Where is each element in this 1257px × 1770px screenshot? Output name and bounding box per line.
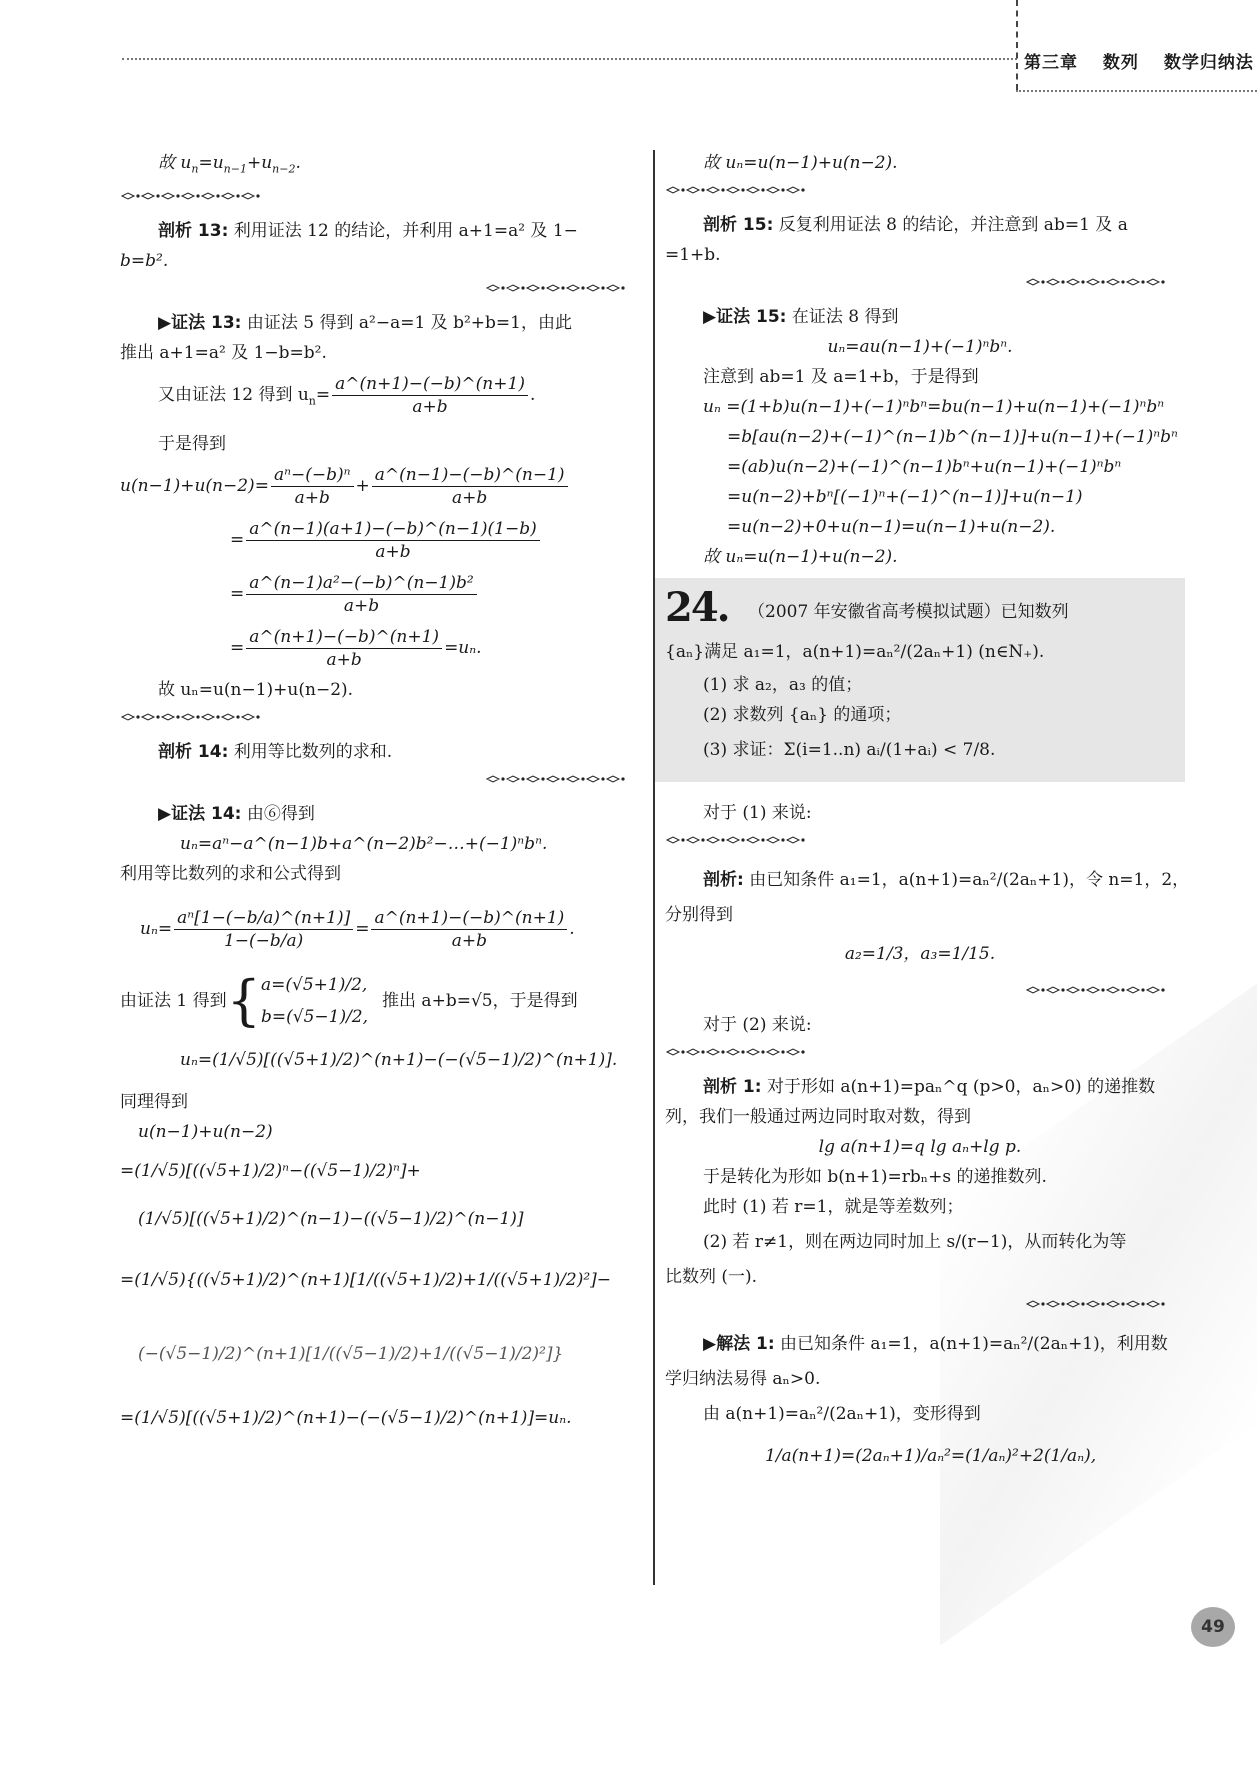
equation-step: =a^(n−1)(a+1)−(−b)^(n−1)(1−b)a+b [120, 513, 635, 567]
recurrence: uₙ=au(n−1)+(−1)ⁿbⁿ. [665, 332, 1175, 362]
equation-step: =u(n−2)+0+u(n−1)=u(n−1)+u(n−2). [665, 512, 1175, 542]
analysis-15-cont: =1+b. [665, 240, 1175, 270]
proof-15: ▶证法 15: 在证法 8 得到 [665, 302, 1175, 332]
case-2-cont: 比数列 (一). [665, 1262, 1175, 1292]
sum-lhs: u(n−1)+u(n−2) [120, 1117, 635, 1147]
proof-13: ▶证法 13: 由证法 5 得到 a²−a=1 及 b²+b=1，由此 [120, 308, 635, 338]
problem-24-box: 24. （2007 年安徽省高考模拟试题）已知数列 {aₙ}满足 a₁=1，a(… [655, 578, 1185, 782]
analysis-14: 剖析 14: 利用等比数列的求和. [120, 737, 635, 767]
left-brace: { [227, 985, 261, 1017]
column-divider [653, 150, 655, 1585]
q1-result: a₂=1/3，a₃=1/15. [665, 930, 1175, 978]
similarly-label: 同理得到 [120, 1087, 635, 1117]
note: 注意到 ab=1 及 a=1+b，于是得到 [665, 362, 1175, 392]
header-vertical-rule [1016, 0, 1018, 90]
equation-step: =(1/√5)[((√5+1)/2)^(n+1)−(−(√5−1)/2)^(n+… [120, 1391, 635, 1445]
proof-13-cont: 推出 a+1=a² 及 1−b=b². [120, 338, 635, 368]
running-header: 第三章 数列 数学归纳法 [1024, 48, 1254, 73]
equation-step: =u(n−2)+bⁿ[(−1)ⁿ+(−1)^(n−1)]+u(n−1) [665, 482, 1175, 512]
transform-note: 于是转化为形如 b(n+1)=rbₙ+s 的递推数列. [665, 1162, 1175, 1192]
for-question-2: 对于 (2) 来说: [665, 1010, 1175, 1040]
series-expansion: uₙ=aⁿ−a^(n−1)b+a^(n−2)b²−…+(−1)ⁿbⁿ. [120, 829, 635, 859]
equation-chain: u(n−1)+u(n−2)=aⁿ−(−b)ⁿa+b+a^(n−1)−(−b)^(… [120, 459, 635, 513]
conclusion: 故 un=un−1+un−2. [120, 148, 635, 184]
equation-step: =a^(n−1)a²−(−b)^(n−1)b²a+b [120, 567, 635, 621]
analysis-1-cont: 列，我们一般通过两边同时取对数，得到 [665, 1102, 1175, 1132]
solution-1-cont: 学归纳法易得 aₙ>0. [665, 1364, 1175, 1394]
log-equation: lg a(n+1)=q lg aₙ+lg p. [665, 1132, 1175, 1162]
header-dotted-rule [122, 58, 1017, 60]
analysis-q1-cont: 分别得到 [665, 900, 1175, 930]
for-question-1: 对于 (1) 来说: [665, 798, 1175, 828]
root-values: 由证法 1 得到 { a=(√5+1)/2, b=(√5−1)/2, 推出 a+… [120, 969, 635, 1033]
question-1: (1) 求 a₂，a₃ 的值； [665, 670, 1175, 700]
equation-step: (−(√5−1)/2)^(n+1)[1/((√5−1)/2)+1/((√5−1)… [120, 1317, 635, 1391]
question-2: (2) 求数列 {aₙ} 的通项； [665, 700, 1175, 730]
geometric-sum-formula: uₙ=aⁿ[1−(−b/a)^(n+1)]1−(−b/a)=a^(n+1)−(−… [120, 889, 635, 969]
analysis-q1: 剖析: 由已知条件 a₁=1，a(n+1)=aₙ²/(2aₙ+1)，令 n=1，… [665, 860, 1175, 900]
equation-step: (1/√5)[((√5+1)/2)^(n−1)−((√5−1)/2)^(n−1)… [120, 1195, 635, 1243]
equation-step: =a^(n+1)−(−b)^(n+1)a+b=uₙ. [120, 621, 635, 675]
separator-ornament [120, 711, 635, 723]
conclusion: 故 uₙ=u(n−1)+u(n−2). [120, 675, 635, 705]
conclusion: 故 uₙ=u(n−1)+u(n−2). [665, 148, 1175, 178]
chapter-label: 第三章 [1024, 53, 1078, 73]
separator-ornament [120, 773, 635, 785]
geometric-sum-intro: 利用等比数列的求和公式得到 [120, 859, 635, 889]
separator-ornament [120, 282, 635, 294]
equation-step: =(1/√5)[((√5+1)/2)ⁿ−((√5−1)/2)ⁿ]+ [120, 1147, 635, 1195]
section-label: 数列 [1103, 53, 1139, 73]
problem-given: {aₙ}满足 a₁=1，a(n+1)=aₙ²/(2aₙ+1) (n∈N₊). [665, 634, 1175, 670]
equation-step: uₙ =(1+b)u(n−1)+(−1)ⁿbⁿ=bu(n−1)+u(n−1)+(… [665, 392, 1175, 422]
right-column: 故 uₙ=u(n−1)+u(n−2). 剖析 15: 反复利用证法 8 的结论，… [665, 148, 1175, 1478]
reciprocal-equation: 1/a(n+1)=(2aₙ+1)/aₙ²=(1/aₙ)²+2(1/aₙ), [665, 1434, 1175, 1478]
separator-ornament [120, 190, 635, 202]
separator-ornament [665, 184, 1175, 196]
page-number-badge: 49 [1191, 1607, 1235, 1647]
left-column: 故 un=un−1+un−2. 剖析 13: 利用证法 12 的结论，并利用 a… [120, 148, 635, 1445]
proof-13-formula: 又由证法 12 得到 un=a^(n+1)−(−b)^(n+1)a+b. [120, 368, 635, 428]
proof-14: ▶证法 14: 由⑥得到 [120, 799, 635, 829]
analysis-13-cont: b=b². [120, 246, 635, 276]
binet-formula: uₙ=(1/√5)[((√5+1)/2)^(n+1)−(−(√5−1)/2)^(… [120, 1033, 635, 1087]
case-1: 此时 (1) 若 r=1，就是等差数列； [665, 1192, 1175, 1222]
case-2: (2) 若 r≠1，则在两边同时加上 s/(r−1)，从而转化为等 [665, 1222, 1175, 1262]
analysis-15: 剖析 15: 反复利用证法 8 的结论，并注意到 ab=1 及 a [665, 210, 1175, 240]
problem-number: 24. [665, 584, 729, 631]
solution-1: ▶解法 1: 由已知条件 a₁=1，a(n+1)=aₙ²/(2aₙ+1)，利用数 [665, 1324, 1175, 1364]
separator-ornament [665, 1046, 1175, 1058]
separator-ornament [665, 984, 1175, 996]
equation-step: =(ab)u(n−2)+(−1)^(n−1)bⁿ+u(n−1)+(−1)ⁿbⁿ [665, 452, 1175, 482]
topic-label: 数学归纳法 [1164, 53, 1254, 73]
solution-1-transform: 由 a(n+1)=aₙ²/(2aₙ+1)，变形得到 [665, 1394, 1175, 1434]
equation-step: =(1/√5){((√5+1)/2)^(n+1)[1/((√5+1)/2)+1/… [120, 1243, 635, 1317]
analysis-13: 剖析 13: 利用证法 12 的结论，并利用 a+1=a² 及 1− [120, 216, 635, 246]
conclusion: 故 uₙ=u(n−1)+u(n−2). [665, 542, 1175, 572]
then-get: 于是得到 [120, 429, 635, 459]
analysis-1: 剖析 1: 对于形如 a(n+1)=paₙ^q (p>0，aₙ>0) 的递推数 [665, 1072, 1175, 1102]
separator-ornament [665, 276, 1175, 288]
separator-ornament [665, 1298, 1175, 1310]
separator-ornament [665, 834, 1175, 846]
problem-header: 24. （2007 年安徽省高考模拟试题）已知数列 [665, 586, 1175, 634]
question-3: (3) 求证：Σ(i=1..n) aᵢ/(1+aᵢ) < 7/8. [665, 730, 1175, 770]
header-bottom-rule [1016, 90, 1257, 92]
equation-step: =b[au(n−2)+(−1)^(n−1)b^(n−1)]+u(n−1)+(−1… [665, 422, 1175, 452]
